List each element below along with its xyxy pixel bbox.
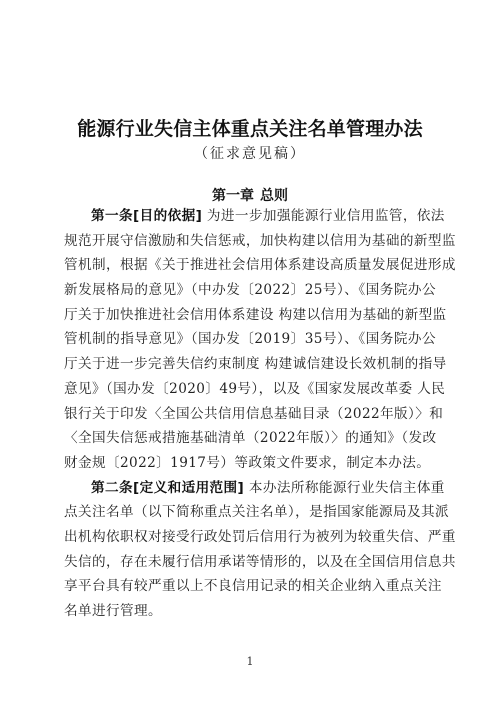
chapter-name: 总则: [260, 188, 288, 204]
document-body: 第一条[目的依据] 为进一步加强能源行业信用监管，依法 规范开展守信激励和失信惩…: [64, 204, 436, 624]
page-number: 1: [0, 655, 500, 668]
article-2-line-4: 失信的，存在未履行信用承诺等情形的，以及在全国信用信息共: [64, 550, 436, 575]
article-1-line-1: 第一条[目的依据] 为进一步加强能源行业信用监管，依法: [64, 204, 436, 229]
article-2-heading: 第二条[定义和适用范围]: [91, 480, 244, 496]
article-1-line-10: 〈全国失信惩戒措施基础清单（2022年版）〉的通知》（发改: [64, 426, 436, 451]
article-2-line-5: 享平台具有较严重以上不良信用记录的相关企业纳入重点关注: [64, 574, 436, 599]
article-2-line-6: 名单进行管理。: [64, 599, 436, 624]
article-1-line-11: 财金规〔2022〕1917号）等政策文件要求，制定本办法。: [64, 451, 436, 476]
article-1-line-6: 管机制的指导意见》（国办发〔2019〕35号）、《国务院办公: [64, 327, 436, 352]
article-1-line-2: 规范开展守信激励和失信惩戒，加快构建以信用为基础的新型监: [64, 229, 436, 254]
article-1-line-3: 管机制，根据《关于推进社会信用体系建设高质量发展促进形成: [64, 253, 436, 278]
article-2-line-1: 第二条[定义和适用范围] 本办法所称能源行业失信主体重: [64, 476, 436, 501]
article-2-line-2: 点关注名单（以下简称重点关注名单），是指国家能源局及其派: [64, 500, 436, 525]
document-title: 能源行业失信主体重点关注名单管理办法: [0, 114, 500, 141]
document-subtitle: （征求意见稿）: [0, 143, 500, 163]
article-1-heading: 第一条[目的依据]: [91, 208, 202, 224]
chapter-heading: 第一章总则: [0, 185, 500, 205]
article-1-line-5: 厅关于加快推进社会信用体系建设 构建以信用为基础的新型监: [64, 303, 436, 328]
article-1-line-8: 意见》（国办发〔2020〕49号），以及《国家发展改革委 人民: [64, 377, 436, 402]
article-1-line-7: 厅关于进一步完善失信约束制度 构建诚信建设长效机制的指导: [64, 352, 436, 377]
chapter-number: 第一章: [212, 188, 254, 204]
article-2-line-3: 出机构依职权对接受行政处罚后信用行为被列为较重失信、严重: [64, 525, 436, 550]
article-1-line-4: 新发展格局的意见》（中办发〔2022〕25号）、《国务院办公: [64, 278, 436, 303]
document-page: 能源行业失信主体重点关注名单管理办法 （征求意见稿） 第一章总则 第一条[目的依…: [0, 0, 500, 707]
article-1-line-9: 银行关于印发〈全国公共信用信息基础目录（2022年版）〉和: [64, 402, 436, 427]
